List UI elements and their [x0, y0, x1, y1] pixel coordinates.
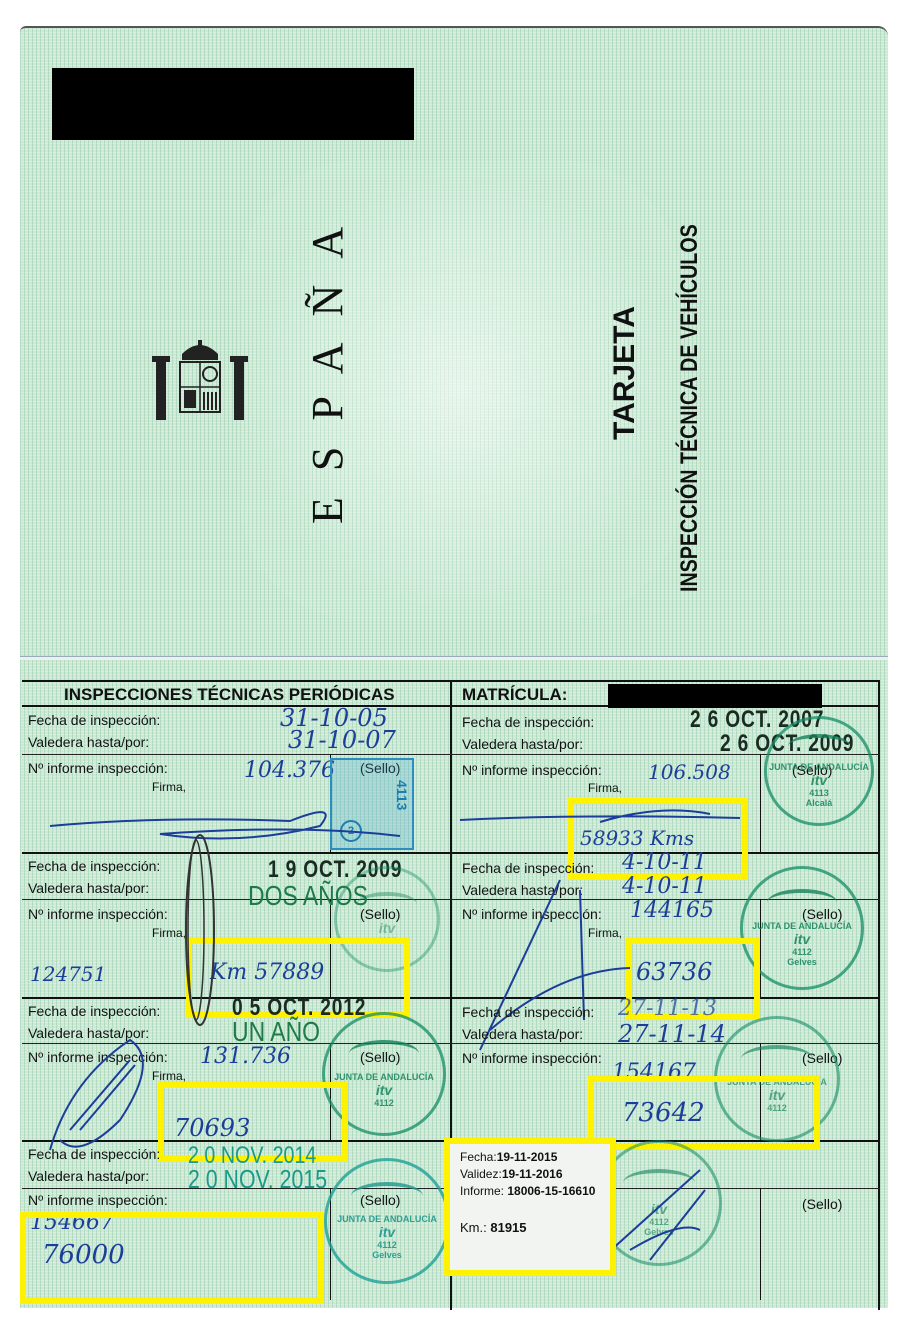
km-highlight-box — [20, 1212, 324, 1304]
spanish-coat-of-arms-icon — [152, 340, 248, 428]
signature — [460, 800, 760, 830]
valid-until-label: Valedera hasta/por: — [462, 736, 583, 752]
signature — [170, 830, 230, 1030]
divider — [878, 680, 880, 1310]
inspection-date-label: Fecha de inspección: — [28, 1146, 160, 1162]
report-number-label: Nº informe inspección: — [28, 760, 168, 776]
seal-label: (Sello) — [802, 1196, 842, 1212]
country-title: ESPAÑA — [302, 201, 353, 524]
report-number-value: 131.736 — [200, 1044, 291, 1069]
valid-until-label: Valedera hasta/por: — [28, 880, 149, 896]
report-number-value: 104.376 — [244, 758, 335, 783]
report-number-label: Nº informe inspección: — [28, 1192, 168, 1208]
report-number-value: 124751 — [30, 962, 106, 986]
inspection-date-value: 27-11-13 — [618, 996, 717, 1021]
inspection-date-label: Fecha de inspección: — [28, 712, 160, 728]
report-number-label: Nº informe inspección: — [28, 906, 168, 922]
valid-until-label: Valedera hasta/por: — [462, 1026, 583, 1042]
plate-label: MATRÍCULA: — [462, 685, 567, 705]
inspection-date-label: Fecha de inspección: — [28, 858, 160, 874]
signature-label: Firma, — [588, 781, 622, 795]
signature — [40, 796, 440, 846]
report-number-label: Nº informe inspección: — [462, 762, 602, 778]
divider — [760, 754, 761, 852]
periodic-inspections-header: INSPECCIONES TÉCNICAS PERIÓDICAS — [64, 685, 395, 705]
redacted-owner-block — [52, 68, 414, 140]
redacted-plate — [608, 684, 822, 708]
inspection-date-label: Fecha de inspección: — [462, 714, 594, 730]
report-number-label: Nº informe inspección: — [462, 1050, 602, 1066]
valid-until-value: 27-11-14 — [618, 1020, 726, 1048]
card-title: TARJETA — [608, 306, 642, 440]
signature — [40, 1020, 170, 1160]
divider — [760, 1188, 761, 1300]
itv-seal-icon: JUNTA DE ANDALUCÍA itv 4113 Alcalá — [764, 716, 874, 826]
km-highlight-box — [588, 1076, 820, 1150]
valid-until-value: 31-10-07 — [288, 726, 396, 754]
valid-until-value: 2 0 NOV. 2015 — [188, 1164, 327, 1195]
inspection-date-label: Fecha de inspección: — [462, 1004, 594, 1020]
itv-seal-icon: JUNTA DE ANDALUCÍA itv 4112 Gelves — [324, 1158, 450, 1284]
divider — [22, 852, 880, 854]
valid-until-label: Valedera hasta/por: — [28, 1168, 149, 1184]
inspection-date-label: Fecha de inspección: — [28, 1003, 160, 1019]
valid-until-label: Valedera hasta/por: — [28, 734, 149, 750]
signature-label: Firma, — [152, 780, 186, 794]
km-highlight-box — [444, 1138, 616, 1276]
report-number-value: 106.508 — [648, 760, 731, 784]
card-subtitle: INSPECCIÓN TÉCNICA DE VEHÍCULOS — [676, 224, 704, 592]
